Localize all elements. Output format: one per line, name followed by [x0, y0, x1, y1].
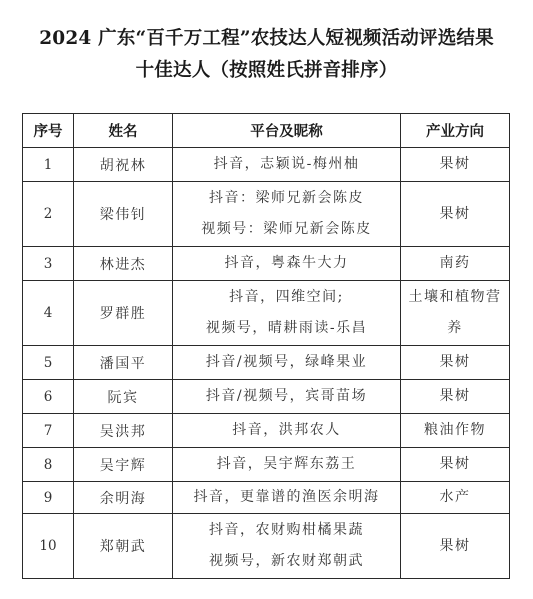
platform-line: 抖音，更靠谱的渔医余明海 [173, 482, 400, 513]
cell-platform: 抖音：梁师兄新会陈皮 视频号：梁师兄新会陈皮 [173, 182, 401, 247]
industry-line: 粮油作物 [401, 415, 509, 446]
cell-name: 吴洪邦 [74, 414, 173, 448]
platform-line: 抖音：梁师兄新会陈皮 [173, 183, 400, 214]
document-title: 2024 广东“百千万工程”农技达人短视频活动评选结果 [0, 24, 533, 50]
industry-line: 果树 [401, 347, 509, 378]
cell-industry: 果树 [401, 380, 510, 414]
table-row: 10 郑朝武 抖音，农财购柑橘果蔬 视频号，新农财郑朝武 果树 [23, 514, 510, 579]
header-platform: 平台及昵称 [173, 114, 401, 148]
industry-line: 土壤和植物营 [401, 282, 509, 313]
cell-industry: 果树 [401, 148, 510, 182]
cell-platform: 抖音/视频号，宾哥苗场 [173, 380, 401, 414]
cell-name: 吴宇辉 [74, 448, 173, 482]
industry-line: 果树 [401, 449, 509, 480]
cell-number: 10 [23, 514, 74, 579]
industry-line: 养 [401, 313, 509, 344]
table-row: 1 胡祝林 抖音，志颖说-梅州柚 果树 [23, 148, 510, 182]
platform-line: 视频号，晴耕雨读-乐昌 [173, 313, 400, 344]
table-row: 6 阮宾 抖音/视频号，宾哥苗场 果树 [23, 380, 510, 414]
cell-platform: 抖音/视频号，绿峰果业 [173, 346, 401, 380]
cell-number: 6 [23, 380, 74, 414]
cell-number: 3 [23, 247, 74, 281]
table-header-row: 序号 姓名 平台及昵称 产业方向 [23, 114, 510, 148]
cell-platform: 抖音，洪邦农人 [173, 414, 401, 448]
table-row: 5 潘国平 抖音/视频号，绿峰果业 果树 [23, 346, 510, 380]
cell-number: 4 [23, 281, 74, 346]
cell-industry: 果树 [401, 514, 510, 579]
cell-name: 罗群胜 [74, 281, 173, 346]
industry-line: 南药 [401, 248, 509, 279]
cell-industry: 土壤和植物营 养 [401, 281, 510, 346]
cell-platform: 抖音，农财购柑橘果蔬 视频号，新农财郑朝武 [173, 514, 401, 579]
industry-line: 果树 [401, 531, 509, 562]
cell-industry: 南药 [401, 247, 510, 281]
industry-line: 水产 [401, 482, 509, 513]
header-name: 姓名 [74, 114, 173, 148]
platform-line: 抖音，吴宇辉东荔王 [173, 449, 400, 480]
platform-line: 抖音，志颖说-梅州柚 [173, 149, 400, 180]
cell-platform: 抖音，志颖说-梅州柚 [173, 148, 401, 182]
platform-line: 抖音，农财购柑橘果蔬 [173, 515, 400, 546]
cell-name: 林进杰 [74, 247, 173, 281]
platform-line: 视频号，新农财郑朝武 [173, 546, 400, 577]
cell-name: 梁伟钊 [74, 182, 173, 247]
cell-industry: 果树 [401, 182, 510, 247]
cell-platform: 抖音，四维空间; 视频号，晴耕雨读-乐昌 [173, 281, 401, 346]
cell-name: 郑朝武 [74, 514, 173, 579]
industry-line: 果树 [401, 381, 509, 412]
results-table: 序号 姓名 平台及昵称 产业方向 1 胡祝林 抖音，志颖说-梅州柚 果树 2 梁… [22, 113, 510, 579]
industry-line: 果树 [401, 199, 509, 230]
cell-platform: 抖音，更靠谱的渔医余明海 [173, 482, 401, 514]
platform-line: 视频号：梁师兄新会陈皮 [173, 214, 400, 245]
cell-name: 余明海 [74, 482, 173, 514]
cell-platform: 抖音，吴宇辉东荔王 [173, 448, 401, 482]
platform-line: 抖音，粤森牛大力 [173, 248, 400, 279]
document-subtitle: 十佳达人（按照姓氏拼音排序） [0, 56, 533, 82]
platform-line: 抖音，四维空间; [173, 282, 400, 313]
cell-platform: 抖音，粤森牛大力 [173, 247, 401, 281]
header-industry: 产业方向 [401, 114, 510, 148]
cell-industry: 果树 [401, 346, 510, 380]
cell-number: 7 [23, 414, 74, 448]
cell-name: 胡祝林 [74, 148, 173, 182]
platform-line: 抖音/视频号，宾哥苗场 [173, 381, 400, 412]
cell-name: 潘国平 [74, 346, 173, 380]
cell-number: 9 [23, 482, 74, 514]
cell-number: 5 [23, 346, 74, 380]
cell-industry: 水产 [401, 482, 510, 514]
platform-line: 抖音，洪邦农人 [173, 415, 400, 446]
cell-number: 8 [23, 448, 74, 482]
cell-name: 阮宾 [74, 380, 173, 414]
table-row: 2 梁伟钊 抖音：梁师兄新会陈皮 视频号：梁师兄新会陈皮 果树 [23, 182, 510, 247]
cell-industry: 果树 [401, 448, 510, 482]
cell-number: 2 [23, 182, 74, 247]
header-number: 序号 [23, 114, 74, 148]
table-row: 7 吴洪邦 抖音，洪邦农人 粮油作物 [23, 414, 510, 448]
table-row: 9 余明海 抖音，更靠谱的渔医余明海 水产 [23, 482, 510, 514]
table-row: 3 林进杰 抖音，粤森牛大力 南药 [23, 247, 510, 281]
table-row: 4 罗群胜 抖音，四维空间; 视频号，晴耕雨读-乐昌 土壤和植物营 养 [23, 281, 510, 346]
cell-industry: 粮油作物 [401, 414, 510, 448]
table-row: 8 吴宇辉 抖音，吴宇辉东荔王 果树 [23, 448, 510, 482]
industry-line: 果树 [401, 149, 509, 180]
platform-line: 抖音/视频号，绿峰果业 [173, 347, 400, 378]
cell-number: 1 [23, 148, 74, 182]
